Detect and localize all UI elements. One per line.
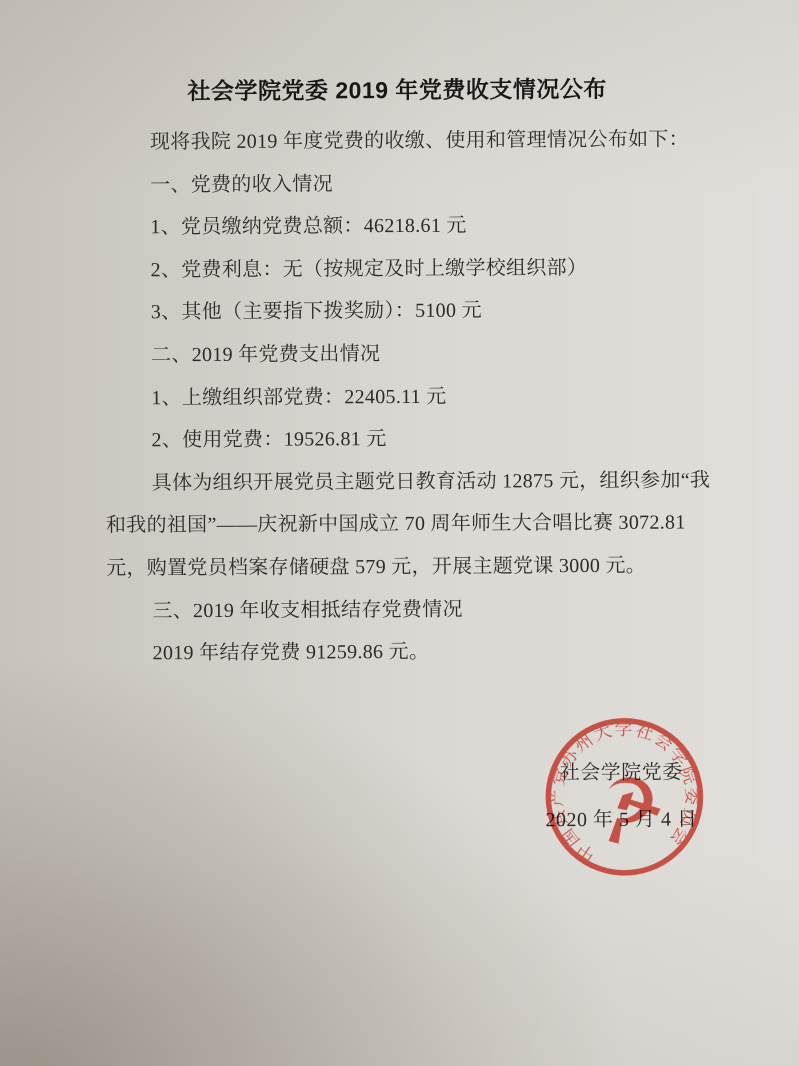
document-photo: 社会学院党委 2019 年党费收支情况公布 现将我院 2019 年度党费的收缴、… bbox=[0, 0, 799, 1066]
document-line: 3、其他（主要指下拨奖励）：5100 元 bbox=[105, 289, 711, 335]
document-line: 现将我院 2019 年度党费的收缴、使用和管理情况公布如下： bbox=[104, 118, 710, 164]
document-line: 2、使用党费：19526.81 元 bbox=[105, 417, 711, 463]
document-line: 二、2019 年党费支出情况 bbox=[105, 331, 711, 377]
document-page: 社会学院党委 2019 年党费收支情况公布 现将我院 2019 年度党费的收缴、… bbox=[0, 0, 799, 1066]
document-line: 一、党费的收入情况 bbox=[104, 161, 710, 207]
document-line: 1、党员缴纳党费总额：46218.61 元 bbox=[104, 204, 710, 250]
document-line: 2019 年结存党费 91259.86 元。 bbox=[107, 629, 713, 675]
document-line: 三、2019 年收支相抵结存党费情况 bbox=[106, 587, 712, 633]
document-line: 元，购置党员档案存储硬盘 579 元，开展主题党课 3000 元。 bbox=[106, 544, 712, 590]
document-line: 2、党费利息：无（按规定及时上缴学校组织部） bbox=[105, 246, 711, 292]
official-seal: 中国共产党苏州大学社会学院委员会 ☭ bbox=[524, 696, 725, 897]
document-title: 社会学院党委 2019 年党费收支情况公布 bbox=[0, 70, 797, 107]
document-line: 1、上缴组织部党费：22405.11 元 bbox=[105, 374, 711, 420]
document-line: 具体为组织开展党员主题党日教育活动 12875 元，组织参加“我 bbox=[106, 459, 712, 505]
document-body: 现将我院 2019 年度党费的收缴、使用和管理情况公布如下： 一、党费的收入情况… bbox=[104, 118, 713, 675]
document-line: 和我的祖国”——庆祝新中国成立 70 周年师生大合唱比赛 3072.81 bbox=[106, 502, 712, 548]
